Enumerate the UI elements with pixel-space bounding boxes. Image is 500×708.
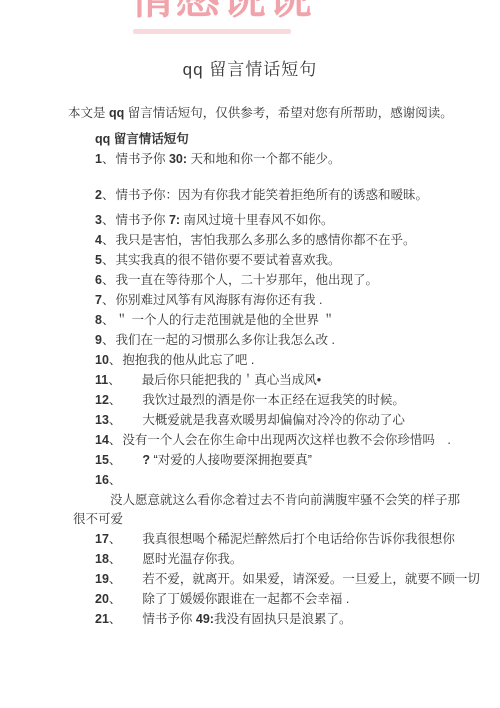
quote-number-separator: 、 bbox=[102, 293, 115, 307]
quote-list: 1、情书予你 30: 天和地和你一个都不能少。2、情书予你：因为有你我才能笑着拒… bbox=[95, 150, 500, 629]
quote-text: 若不爱，就离开。如果爱，请深爱。一旦爱上，就要不顾一切 bbox=[142, 572, 480, 586]
wrapped-quote-text: 没人愿意就这么看你念着过去不肯向前满腹牢骚不会笑的样子那很不可爱 bbox=[73, 491, 460, 529]
quote-number: 14 bbox=[95, 433, 109, 447]
quote-number-separator: 、 bbox=[102, 333, 115, 347]
quote-number: 2 bbox=[95, 188, 102, 202]
page-title: qq 留言情话短句 bbox=[0, 58, 500, 82]
quote-number-separator: 、 bbox=[102, 213, 115, 227]
quote-item: 5、其实我真的很不错你要不要试着喜欢我。 bbox=[95, 251, 500, 270]
quote-number-separator: 、 bbox=[102, 273, 115, 287]
quote-item: 6、我一直在等待那个人，二十岁那年，他出现了。 bbox=[95, 271, 500, 290]
quote-number-separator: 、 bbox=[109, 353, 122, 367]
quote-text: 我真很想喝个稀泥烂醉然后打个电话给你告诉你我很想你 bbox=[142, 532, 455, 546]
quote-number: 7 bbox=[95, 293, 102, 307]
intro-prefix: 本文是 bbox=[68, 106, 109, 120]
quote-text: 除了丁媛媛你跟谁在一起都不会幸福 . bbox=[142, 592, 349, 606]
quote-text: 抱抱我的他从此忘了吧 . bbox=[122, 353, 254, 367]
quote-number: 13 bbox=[95, 413, 109, 427]
intro-bold-term: qq bbox=[109, 106, 124, 120]
quote-text: 你别难过风筝有风海豚有海你还有我 . bbox=[115, 293, 322, 307]
quote-item: 19、若不爱，就离开。如果爱，请深爱。一旦爱上，就要不顾一切 bbox=[95, 570, 500, 589]
quote-item: 17、我真很想喝个稀泥烂醉然后打个电话给你告诉你我很想你 bbox=[95, 530, 500, 549]
quote-text: 情书予你 49:我没有固执只是浪累了。 bbox=[142, 612, 351, 626]
quote-number: 17 bbox=[95, 532, 109, 546]
intro-paragraph: 本文是 qq 留言情话短句，仅供参考，希望对您有所帮助，感谢阅读。 bbox=[68, 104, 458, 122]
quote-number-separator: 、 bbox=[109, 393, 122, 407]
quote-text: 大概爱就是我喜欢暖男却偏偏对冷冷的你动了心 bbox=[142, 413, 405, 427]
quote-item: 20、除了丁媛媛你跟谁在一起都不会幸福 . bbox=[95, 590, 500, 609]
quote-number: 11 bbox=[95, 373, 108, 387]
quote-number: 6 bbox=[95, 273, 102, 287]
quote-number-separator: 、 bbox=[109, 572, 122, 586]
quote-number: 21 bbox=[95, 612, 109, 626]
quote-number-separator: 、 bbox=[108, 373, 121, 387]
intro-suffix: 留言情话短句，仅供参考，希望对您有所帮助，感谢阅读。 bbox=[124, 106, 452, 120]
quote-text: 愿时光温存你我。 bbox=[142, 552, 242, 566]
quote-item: 7、你别难过风筝有风海豚有海你还有我 . bbox=[95, 291, 500, 310]
quote-item: 4、我只是害怕，害怕我那么多那么多的感情你都不在乎。 bbox=[95, 231, 500, 250]
quote-text: 情书予你 7: 南风过境十里春风不如你。 bbox=[115, 213, 333, 227]
quote-item: 12、我饮过最烈的酒是你一本正经在逗我笑的时候。 bbox=[95, 391, 500, 410]
quote-text: 最后你只能把我的＇真心当成风• bbox=[142, 373, 321, 387]
quote-number-separator: 、 bbox=[102, 152, 115, 166]
quote-number: 12 bbox=[95, 393, 109, 407]
quote-number: 9 bbox=[95, 333, 102, 347]
quote-item: 9、我们在一起的习惯那么多你让我怎么改 . bbox=[95, 331, 500, 350]
quote-item: 2、情书予你：因为有你我才能笑着拒绝所有的诱惑和暧昧。 bbox=[95, 186, 500, 205]
quote-number-separator: 、 bbox=[109, 473, 122, 487]
logo-underline bbox=[133, 29, 291, 34]
quote-text: 我一直在等待那个人，二十岁那年，他出现了。 bbox=[115, 273, 378, 287]
quote-item: 15、? “对爱的人接吻要深拥抱要真” bbox=[95, 451, 500, 470]
document-page: 情感说说 qq 留言情话短句 本文是 qq 留言情话短句，仅供参考，希望对您有所… bbox=[0, 0, 500, 708]
quote-text: ＂ 一个人的行走范围就是他的全世界 ＂ bbox=[115, 313, 334, 327]
quote-text: 情书予你：因为有你我才能笑着拒绝所有的诱惑和暧昧。 bbox=[115, 188, 428, 202]
quote-item: 10、抱抱我的他从此忘了吧 . bbox=[95, 351, 500, 370]
quote-number: 1 bbox=[95, 152, 102, 166]
quote-number-separator: 、 bbox=[109, 453, 122, 467]
quote-item: 1、情书予你 30: 天和地和你一个都不能少。 bbox=[95, 150, 500, 169]
quote-number: 15 bbox=[95, 453, 109, 467]
quote-text: 没有一个人会在你生命中出现两次这样也教不会你珍惜吗 . bbox=[122, 433, 450, 447]
quote-item: 14、没有一个人会在你生命中出现两次这样也教不会你珍惜吗 . bbox=[95, 431, 500, 450]
quote-number-separator: 、 bbox=[109, 612, 122, 626]
quote-text: 我只是害怕，害怕我那么多那么多的感情你都不在乎。 bbox=[115, 233, 415, 247]
quote-number-separator: 、 bbox=[109, 552, 122, 566]
quote-number: 3 bbox=[95, 213, 102, 227]
quote-text: ? “对爱的人接吻要深拥抱要真” bbox=[142, 453, 311, 467]
quote-item: 8、＂ 一个人的行走范围就是他的全世界 ＂ bbox=[95, 311, 500, 330]
quote-number: 16 bbox=[95, 473, 109, 487]
quote-number-separator: 、 bbox=[109, 433, 122, 447]
quote-number-separator: 、 bbox=[109, 413, 122, 427]
quote-item: 16、 bbox=[95, 471, 500, 490]
quote-text: 情书予你 30: 天和地和你一个都不能少。 bbox=[115, 152, 340, 166]
quote-number-separator: 、 bbox=[102, 253, 115, 267]
quote-number: 10 bbox=[95, 353, 109, 367]
quote-item: 18、愿时光温存你我。 bbox=[95, 550, 500, 569]
quote-text: 其实我真的很不错你要不要试着喜欢我。 bbox=[115, 253, 340, 267]
quote-item: 3、情书予你 7: 南风过境十里春风不如你。 bbox=[95, 211, 500, 230]
quote-number: 8 bbox=[95, 313, 102, 327]
quote-item: 11、最后你只能把我的＇真心当成风• bbox=[95, 371, 500, 390]
quote-number-separator: 、 bbox=[102, 188, 115, 202]
quote-number: 19 bbox=[95, 572, 109, 586]
quote-number: 4 bbox=[95, 233, 102, 247]
quote-number-separator: 、 bbox=[102, 313, 115, 327]
quote-number-separator: 、 bbox=[109, 592, 122, 606]
quote-item: 13、大概爱就是我喜欢暖男却偏偏对冷冷的你动了心 bbox=[95, 411, 500, 430]
quote-item: 21、情书予你 49:我没有固执只是浪累了。 bbox=[95, 610, 500, 629]
subheading: qq 留言情话短句 bbox=[95, 130, 500, 148]
quote-number-separator: 、 bbox=[102, 233, 115, 247]
site-logo-text: 情感说说 bbox=[130, 0, 314, 21]
quote-text: 我们在一起的习惯那么多你让我怎么改 . bbox=[115, 333, 334, 347]
quote-number: 5 bbox=[95, 253, 102, 267]
site-logo: 情感说说 bbox=[0, 0, 500, 22]
quote-number: 20 bbox=[95, 592, 109, 606]
quote-text: 我饮过最烈的酒是你一本正经在逗我笑的时候。 bbox=[142, 393, 405, 407]
quote-number: 18 bbox=[95, 552, 109, 566]
quote-number-separator: 、 bbox=[109, 532, 122, 546]
